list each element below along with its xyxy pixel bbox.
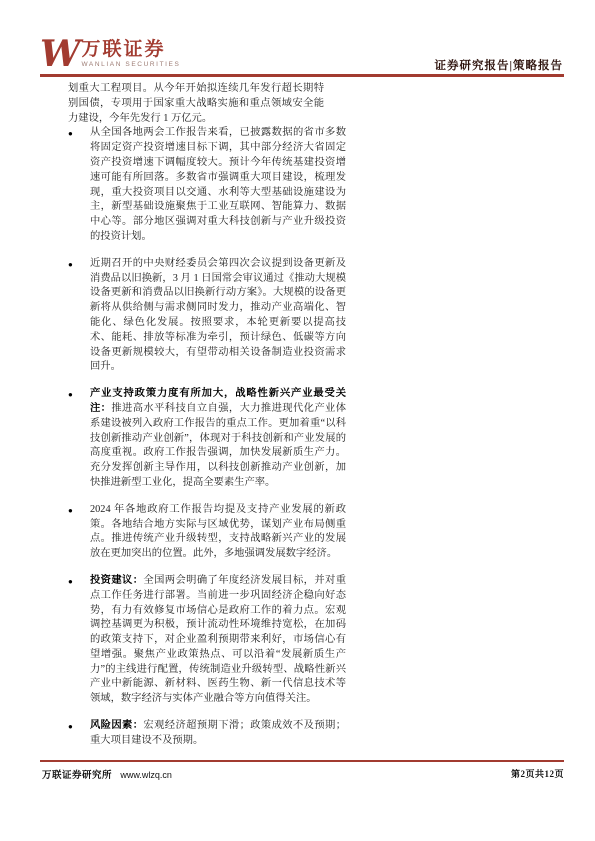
list-item: ● 投资建议：全国两会明确了年度经济发展目标，并对重点工作任务进行部署。当前进一… <box>68 574 346 707</box>
institute-name: 万联证券研究所 <box>42 771 112 781</box>
logo-name-cn: 万联证券 <box>81 40 180 60</box>
bullet-text: 投资建议：全国两会明确了年度经济发展目标，并对重点工作任务进行部署。当前进一步巩… <box>90 574 346 707</box>
report-page: W 万联证券 WANLIAN SECURITIES 证券研究报告|策略报告 划重… <box>0 0 595 841</box>
logo-name-en: WANLIAN SECURITIES <box>81 60 180 69</box>
bullet-icon: ● <box>68 503 90 562</box>
header-divider <box>40 74 564 77</box>
bullet-icon: ● <box>68 574 90 707</box>
bullet-icon: ● <box>68 719 90 749</box>
report-body: 划重大工程项目。从今年开始拟连续几年发行超长期特别国债，专项用于国家重大战略实施… <box>68 82 346 749</box>
list-item: ● 从全国各地两会工作报告来看，已披露数据的省市多数将固定资产投资增速目标下调，… <box>68 126 346 244</box>
bullet-text: 近期召开的中央财经委员会第四次会议提到设备更新及消费品以旧换新，3 月 1 日国… <box>90 257 346 375</box>
logo-w-icon: W <box>40 36 78 72</box>
list-item: ● 近期召开的中央财经委员会第四次会议提到设备更新及消费品以旧换新，3 月 1 … <box>68 257 346 375</box>
logo-text: 万联证券 WANLIAN SECURITIES <box>81 36 180 69</box>
bullet-icon: ● <box>68 257 90 375</box>
bullet-icon: ● <box>68 387 90 491</box>
footer-left: 万联证券研究所 www.wlzq.cn <box>42 767 172 781</box>
footer-divider <box>40 760 564 762</box>
report-type-label: 证券研究报告|策略报告 <box>434 57 563 73</box>
bullet-text: 产业支持政策力度有所加大，战略性新兴产业最受关注：推进高水平科技自立自强，大力推… <box>90 387 346 491</box>
bullet-text: 风险因素：宏观经济超预期下滑；政策成效不及预期；重大项目建设不及预期。 <box>90 719 346 749</box>
continuation-paragraph: 划重大工程项目。从今年开始拟连续几年发行超长期特别国债，专项用于国家重大战略实施… <box>68 82 324 126</box>
bullet-text: 2024 年各地政府工作报告均提及支持产业发展的新政策。各地结合地方实际与区域优… <box>90 503 346 562</box>
brand-logo: W 万联证券 WANLIAN SECURITIES <box>40 36 180 72</box>
website-url: www.wlzq.cn <box>120 770 172 780</box>
page-number: 第2页共12页 <box>511 767 564 780</box>
bullet-text: 从全国各地两会工作报告来看，已披露数据的省市多数将固定资产投资增速目标下调，其中… <box>90 126 346 244</box>
list-item: ● 风险因素：宏观经济超预期下滑；政策成效不及预期；重大项目建设不及预期。 <box>68 719 346 749</box>
bullet-icon: ● <box>68 126 90 244</box>
list-item: ● 产业支持政策力度有所加大，战略性新兴产业最受关注：推进高水平科技自立自强，大… <box>68 387 346 491</box>
list-item: ● 2024 年各地政府工作报告均提及支持产业发展的新政策。各地结合地方实际与区… <box>68 503 346 562</box>
